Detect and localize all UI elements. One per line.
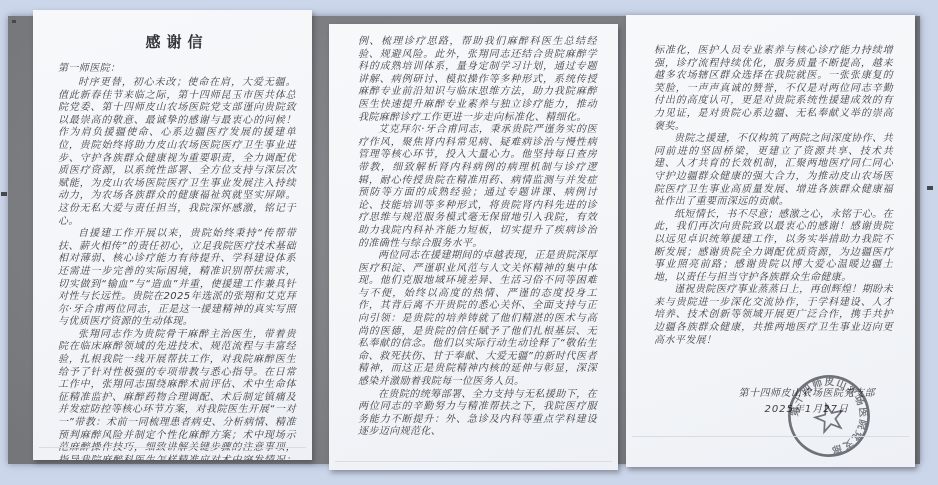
scan-speck (1, 192, 7, 196)
official-seal-stamp: 第十四师皮山农场医院党支部 (777, 364, 881, 467)
scan-speck (927, 186, 933, 190)
paragraph: 在贵院的统筹部署、全力支持与无私援助下，在两位同志的辛勤努力与精准帮扶之下，我院… (358, 389, 597, 439)
paragraph-continuation: 标准化，医护人员专业素养与核心诊疗能力持续增强，诊疗流程持续优化，服务质量不断提… (654, 45, 893, 133)
paragraph: 谨祝贵院医疗事业蒸蒸日上，再创辉煌！期盼未来与贵院进一步深化交流协作，于学科建设… (654, 284, 893, 347)
letter-page-3: 标准化，医护人员专业素养与核心诊疗能力持续增强，诊疗流程持续优化，服务质量不断提… (626, 15, 915, 467)
seal-ring-text: 第十四师皮山农场医院党支部 (780, 366, 879, 466)
scan-speck (12, 20, 16, 23)
seal-star-emblem (813, 401, 846, 433)
paragraph: 两位同志在援建期间的卓越表现，正是贵院深厚医疗积淀、严谨职业风范与人文关怀精神的… (358, 250, 597, 389)
letter-title: 感谢信 (58, 34, 296, 50)
svg-text:第十四师皮山农场医院党支部: 第十四师皮山农场医院党支部 (780, 366, 879, 466)
paragraph: 纸短情长，书不尽意；感激之心，永铭于心。在此，我们再次向贵院致以最衷心的感谢！感… (654, 209, 893, 285)
paragraph: 张翔同志作为贵院骨干麻醉主治医生，带着贵院在临床麻醉领域的先进技术、规范流程与丰… (58, 329, 296, 460)
letter-page-2: 例、梳理诊疗思路，帮助我们麻醉科医生总结经验、规避风险。此外，张翔同志还结合贵院… (329, 24, 618, 470)
paragraph: 贵院之援建，不仅构筑了两院之间深度协作、共同前进的坚固桥梁，更建立了资源共享、技… (654, 133, 893, 209)
letter-greeting: 第一师医院： (58, 62, 296, 75)
paragraph: 自援建工作开展以来，贵院始终秉持“传帮带扶、薪火相传”的责任初心，立足我院医疗技… (58, 228, 296, 329)
paragraph: 艾克拜尔·牙合甫同志，秉承贵院严谨务实的医疗作风，聚焦肾内科常见病、疑难病诊治与… (358, 124, 597, 250)
paragraph-continuation: 例、梳理诊疗思路，帮助我们麻醉科医生总结经验、规避风险。此外，张翔同志还结合贵院… (358, 36, 597, 124)
paragraph: 时序更替，初心未改；使命在肩，大爱无疆。值此新春佳节来临之际，第十四师昆玉市医共… (58, 77, 296, 228)
letter-page-1: 感谢信 第一师医院： 时序更替，初心未改；使命在肩，大爱无疆。值此新春佳节来临之… (33, 10, 312, 460)
